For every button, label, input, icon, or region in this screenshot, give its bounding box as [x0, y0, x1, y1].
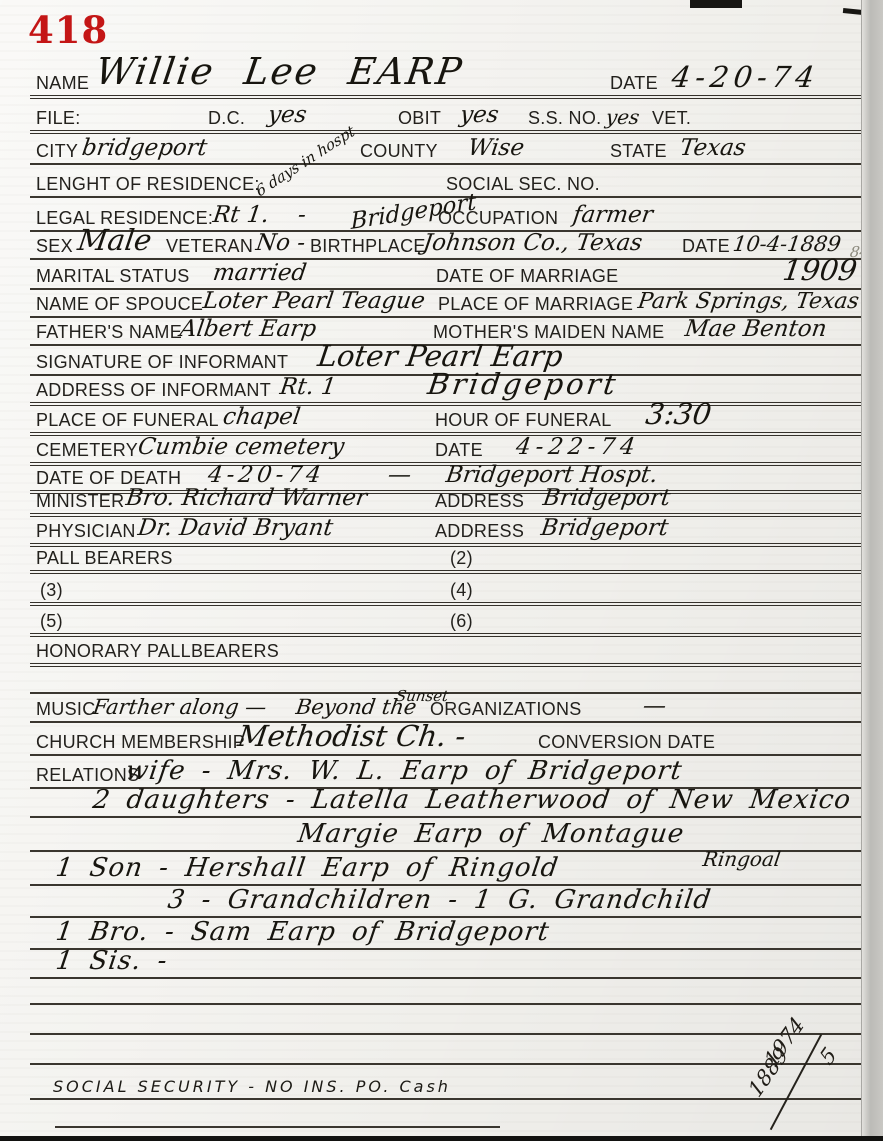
music-label: MUSIC [36, 700, 96, 718]
ruled-line-blank-1 [30, 663, 877, 694]
pall-bearers-label: PALL BEARERS [36, 549, 173, 567]
pall-bearer-4-label: (4) [450, 581, 473, 599]
informant-signature-label: SIGNATURE OF INFORMANT [36, 353, 288, 371]
row-honorary-pallbearers: HONORARY PALLBEARERS [30, 633, 877, 667]
row-relations-1: RELATIONS wife - Mrs. W. L. Earp of Brid… [30, 754, 877, 789]
relations-line-4: 1 Son - Hershall Earp of Ringold [54, 855, 560, 881]
pall-bearer-6-label: (6) [450, 612, 473, 630]
informant-address-value2: Bridgeport [426, 370, 620, 399]
minister-value: Bro. Richard Warner [124, 487, 368, 510]
place-of-funeral-value: chapel [221, 406, 301, 429]
name-value: Willie Lee EARP [93, 53, 465, 90]
dc-label: D.C. [208, 109, 245, 127]
row-relations-7: 1 Sis. - [30, 948, 877, 979]
birth-date-value: 10-4-1889 [732, 234, 843, 255]
cemetery-value: Cumbie cemetery [136, 436, 345, 459]
county-value: Wise [466, 137, 525, 160]
row-physician: PHYSICIAN Dr. David Bryant ADDRESS Bridg… [30, 513, 877, 547]
relations-line-2: 2 daughters - Latella Leatherwood of New… [91, 787, 853, 813]
place-of-marriage-label: PLACE OF MARRIAGE [438, 295, 633, 313]
scan-edge-right [861, 0, 883, 1141]
vet-label: VET. [652, 109, 691, 127]
minister-address-label: ADDRESS [435, 492, 524, 510]
spouse-name-label: NAME OF SPOUCE [36, 295, 203, 313]
name-label: NAME [36, 74, 89, 92]
cemetery-label: CEMETERY [36, 441, 138, 459]
church-membership-label: CHURCH MEMBERSHIP [36, 733, 245, 751]
minister-address-value: Bridgeport [541, 487, 671, 510]
place-of-marriage-value: Park Springs, Texas [636, 291, 860, 313]
pall-bearer-3-label: (3) [40, 581, 63, 599]
scan-artifact-top [690, 0, 742, 8]
sex-value: Male [76, 226, 153, 255]
length-of-residence-label: LENGHT OF RESIDENCE: [36, 175, 260, 193]
row-spouse: NAME OF SPOUCE Loter Pearl Teague PLACE … [30, 288, 877, 318]
funeral-record-form: 418 NAME Willie Lee EARP DATE 4-20-74 FI… [0, 0, 883, 1141]
death-dash: — [386, 464, 412, 487]
sex-label: SEX [36, 237, 73, 255]
ssno-value: yes [605, 107, 641, 127]
date-of-marriage-label: DATE OF MARRIAGE [436, 267, 618, 285]
date-of-death-value: 4-20-74 [206, 464, 326, 487]
row-cemetery: CEMETERY Cumbie cemetery DATE 4-22-74 [30, 432, 877, 466]
ruled-line-blank-3 [30, 1003, 877, 1035]
informant-address-label: ADDRESS OF INFORMANT [36, 381, 271, 399]
ssno-label: S.S. NO. [528, 109, 601, 127]
birth-date-label: DATE [682, 237, 730, 255]
marital-status-value: married [211, 262, 307, 285]
obit-label: OBIT [398, 109, 441, 127]
date-value: 4-20-74 [670, 63, 821, 92]
spouse-name-value: Loter Pearl Teague [201, 290, 426, 313]
birthplace-label: BIRTHPLACE [310, 237, 426, 255]
ruled-line-blank-4 [30, 1033, 877, 1065]
row-bottom [30, 1098, 877, 1128]
row-sex: SEX Male VETERAN No - BIRTHPLACE Johnson… [30, 230, 877, 260]
relations-line-6: 1 Bro. - Sam Earp of Bridgeport [54, 919, 551, 945]
row-relations-2: 2 daughters - Latella Leatherwood of New… [30, 787, 877, 818]
row-legal-residence: LEGAL RESIDENCE: Rt 1. - Bridgeport OCCU… [30, 196, 877, 232]
state-value: Texas [678, 137, 747, 160]
relations-line-1: wife - Mrs. W. L. Earp of Bridgeport [124, 758, 684, 784]
row-city: CITY bridgeport 6 days in hospt COUNTY W… [30, 130, 877, 165]
place-of-funeral-label: PLACE OF FUNERAL [36, 411, 219, 429]
city-label: CITY [36, 142, 78, 160]
city-value: bridgeport [80, 137, 208, 160]
physician-address-label: ADDRESS [435, 522, 524, 540]
county-label: COUNTY [360, 142, 438, 160]
row-relations-6: 1 Bro. - Sam Earp of Bridgeport [30, 916, 877, 950]
physician-label: PHYSICIAN [36, 522, 136, 540]
burial-date-label: DATE [435, 441, 483, 459]
birthplace-value: Johnson Co., Texas [421, 232, 643, 255]
state-label: STATE [610, 142, 667, 160]
dc-value: yes [266, 104, 308, 127]
row-pall-bearers-5-6: (5) (6) [30, 602, 877, 637]
relations-line-4-note: Ringoal [702, 849, 782, 869]
file-label: FILE: [36, 109, 81, 127]
row-pall-bearers-3-4: (3) (4) [30, 570, 877, 606]
obit-value: yes [458, 104, 500, 127]
row-church-membership: CHURCH MEMBERSHIP Methodist Ch. - CONVER… [30, 721, 877, 756]
occupation-value: farmer [571, 204, 654, 227]
row-name: NAME Willie Lee EARP DATE 4-20-74 [30, 40, 877, 99]
scan-edge-bottom [0, 1136, 883, 1141]
ruled-line-partial [55, 1126, 500, 1128]
row-place-of-funeral: PLACE OF FUNERAL chapel HOUR OF FUNERAL … [30, 402, 877, 436]
date-of-marriage-value: 1909 [781, 256, 859, 285]
veteran-label: VETERAN [166, 237, 253, 255]
church-membership-value: Methodist Ch. - [236, 722, 467, 751]
occupation-label: OCCUPATION [438, 209, 558, 227]
row-marital-status: MARITAL STATUS married DATE OF MARRIAGE … [30, 258, 877, 290]
pall-bearer-5-label: (5) [40, 612, 63, 630]
conversion-date-label: CONVERSION DATE [538, 733, 715, 751]
legal-residence-value1: Rt 1. [211, 204, 270, 227]
social-security-note: SOCIAL SECURITY - NO INS. PO. Cash [53, 1079, 451, 1095]
row-relations-5: 3 - Grandchildren - 1 G. Grandchild [30, 884, 877, 918]
date-label: DATE [610, 74, 658, 92]
physician-value: Dr. David Bryant [136, 517, 334, 540]
minister-label: MINISTER [36, 492, 124, 510]
place-of-death-value: Bridgeport Hospt. [444, 464, 659, 487]
father-name-value: Albert Earp [178, 318, 317, 341]
honorary-pallbearers-label: HONORARY PALLBEARERS [36, 642, 279, 660]
organizations-value: — [641, 695, 667, 718]
organizations-label: ORGANIZATIONS [430, 700, 582, 718]
relations-line-3: Margie Earp of Montague [296, 821, 686, 847]
burial-date-value: 4-22-74 [514, 436, 641, 459]
physician-address-value: Bridgeport [539, 517, 669, 540]
row-relations-4: 1 Son - Hershall Earp of Ringold Ringoal [30, 850, 877, 886]
father-name-label: FATHER'S NAME [36, 323, 182, 341]
mother-maiden-name-value: Mae Benton [683, 318, 828, 341]
row-file: FILE: D.C. yes OBIT yes S.S. NO. yes VET… [30, 95, 877, 134]
relations-line-7: 1 Sis. - [54, 948, 169, 974]
hour-of-funeral-label: HOUR OF FUNERAL [435, 411, 612, 429]
informant-address-value1: Rt. 1 [278, 376, 337, 399]
marital-status-label: MARITAL STATUS [36, 267, 190, 285]
hour-of-funeral-value: 3:30 [644, 400, 713, 429]
veteran-value: No - [254, 232, 306, 255]
music-value-1: Farther along — [92, 697, 268, 718]
pall-bearer-2-label: (2) [450, 549, 473, 567]
relations-line-5: 3 - Grandchildren - 1 G. Grandchild [166, 887, 713, 913]
legal-residence-dash: - [296, 204, 307, 227]
ruled-line-blank-2 [30, 977, 877, 1005]
